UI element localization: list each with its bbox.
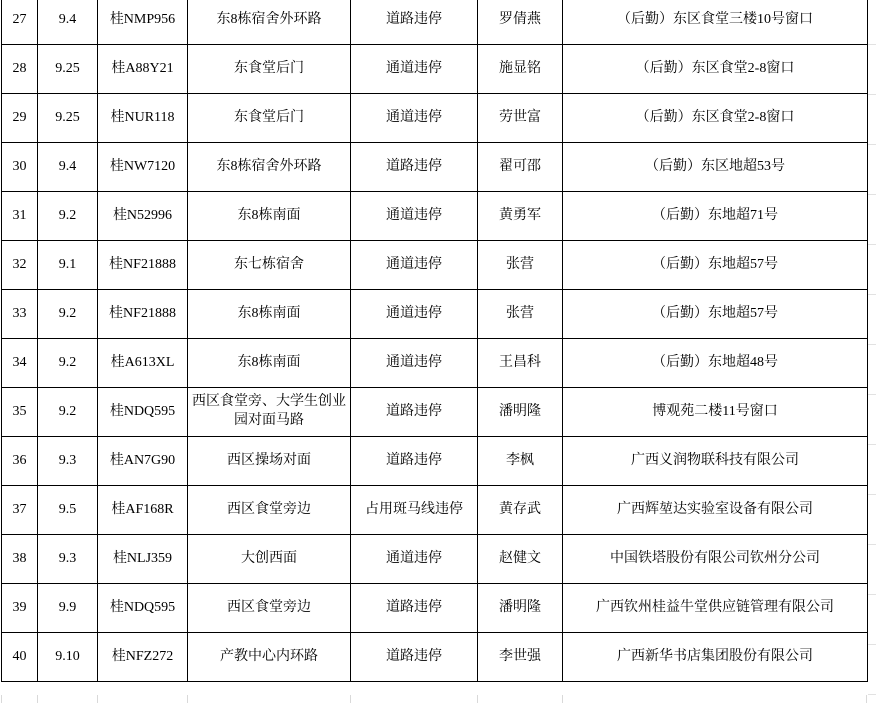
table-row: 34 9.2 桂A613XL 东8栋南面 通道违停 王昌科 （后勤）东地超48号	[2, 339, 868, 388]
cell-location: 东食堂后门	[188, 45, 351, 94]
cell-serial: 34	[2, 339, 38, 388]
table-row: 27 9.4 桂NMP956 东8栋宿舍外环路 道路违停 罗倩燕 （后勤）东区食…	[2, 0, 868, 45]
cell-violation: 通道违停	[351, 94, 478, 143]
cell-serial: 39	[2, 584, 38, 633]
cell-violation: 道路违停	[351, 388, 478, 437]
cell-serial: 31	[2, 192, 38, 241]
cell-location: 西区食堂旁边	[188, 486, 351, 535]
cell-plate: 桂NDQ595	[98, 584, 188, 633]
cell-name: 黄存武	[478, 486, 563, 535]
cell-serial: 30	[2, 143, 38, 192]
cell-date: 9.25	[38, 45, 98, 94]
cell-location: 东8栋南面	[188, 192, 351, 241]
cell-location: 东8栋南面	[188, 290, 351, 339]
cell-department: （后勤）东地超57号	[563, 241, 868, 290]
cell-location: 东8栋南面	[188, 339, 351, 388]
cell-plate: 桂A613XL	[98, 339, 188, 388]
cell-date: 9.3	[38, 437, 98, 486]
cell-location: 东食堂后门	[188, 94, 351, 143]
cell-department: 广西义润物联科技有限公司	[563, 437, 868, 486]
cell-date: 9.2	[38, 290, 98, 339]
gridline-stubs-right	[868, 44, 876, 696]
table-row: 30 9.4 桂NW7120 东8栋宿舍外环路 道路违停 翟可邵 （后勤）东区地…	[2, 143, 868, 192]
cell-name: 罗倩燕	[478, 0, 563, 45]
cell-plate: 桂NUR118	[98, 94, 188, 143]
cell-violation: 道路违停	[351, 0, 478, 45]
cell-plate: 桂AF168R	[98, 486, 188, 535]
cell-name: 翟可邵	[478, 143, 563, 192]
cell-location: 西区操场对面	[188, 437, 351, 486]
cell-department: 广西新华书店集团股份有限公司	[563, 633, 868, 682]
cell-plate: 桂NF21888	[98, 290, 188, 339]
cell-serial: 32	[2, 241, 38, 290]
cell-plate: 桂A88Y21	[98, 45, 188, 94]
cell-violation: 通道违停	[351, 535, 478, 584]
cell-violation: 通道违停	[351, 192, 478, 241]
cell-date: 9.3	[38, 535, 98, 584]
cell-violation: 通道违停	[351, 290, 478, 339]
cell-plate: 桂NF21888	[98, 241, 188, 290]
cell-serial: 40	[2, 633, 38, 682]
table-body: 27 9.4 桂NMP956 东8栋宿舍外环路 道路违停 罗倩燕 （后勤）东区食…	[2, 0, 868, 682]
cell-violation: 道路违停	[351, 633, 478, 682]
cell-name: 李枫	[478, 437, 563, 486]
cell-location: 东七栋宿舍	[188, 241, 351, 290]
cell-location: 西区食堂旁、大学生创业园对面马路	[188, 388, 351, 437]
cell-name: 施显铭	[478, 45, 563, 94]
cell-department: （后勤）东区食堂2-8窗口	[563, 45, 868, 94]
cell-serial: 33	[2, 290, 38, 339]
cell-date: 9.25	[38, 94, 98, 143]
cell-plate: 桂N52996	[98, 192, 188, 241]
table-row: 28 9.25 桂A88Y21 东食堂后门 通道违停 施显铭 （后勤）东区食堂2…	[2, 45, 868, 94]
cell-serial: 27	[2, 0, 38, 45]
cell-serial: 28	[2, 45, 38, 94]
cell-date: 9.4	[38, 143, 98, 192]
cell-department: 广西辉堃达实验室设备有限公司	[563, 486, 868, 535]
cell-location: 大创西面	[188, 535, 351, 584]
cell-plate: 桂NDQ595	[98, 388, 188, 437]
cell-violation: 通道违停	[351, 339, 478, 388]
cell-plate: 桂NLJ359	[98, 535, 188, 584]
cell-serial: 36	[2, 437, 38, 486]
table-wrap: 27 9.4 桂NMP956 东8栋宿舍外环路 道路违停 罗倩燕 （后勤）东区食…	[1, 0, 867, 682]
table-row: 38 9.3 桂NLJ359 大创西面 通道违停 赵健文 中国铁塔股份有限公司钦…	[2, 535, 868, 584]
violation-record-table-screen: 27 9.4 桂NMP956 东8栋宿舍外环路 道路违停 罗倩燕 （后勤）东区食…	[0, 0, 876, 703]
cell-violation: 通道违停	[351, 45, 478, 94]
table-row: 35 9.2 桂NDQ595 西区食堂旁、大学生创业园对面马路 道路违停 潘明隆…	[2, 388, 868, 437]
cell-name: 张营	[478, 241, 563, 290]
cell-name: 潘明隆	[478, 388, 563, 437]
cell-serial: 37	[2, 486, 38, 535]
cell-violation: 占用斑马线违停	[351, 486, 478, 535]
table-row: 36 9.3 桂AN7G90 西区操场对面 道路违停 李枫 广西义润物联科技有限…	[2, 437, 868, 486]
cell-plate: 桂NMP956	[98, 0, 188, 45]
cell-department: 广西钦州桂益牛堂供应链管理有限公司	[563, 584, 868, 633]
cell-name: 黄勇军	[478, 192, 563, 241]
cell-date: 9.10	[38, 633, 98, 682]
cell-violation: 道路违停	[351, 584, 478, 633]
table-row: 37 9.5 桂AF168R 西区食堂旁边 占用斑马线违停 黄存武 广西辉堃达实…	[2, 486, 868, 535]
table-row: 33 9.2 桂NF21888 东8栋南面 通道违停 张营 （后勤）东地超57号	[2, 290, 868, 339]
cell-serial: 35	[2, 388, 38, 437]
cell-name: 张营	[478, 290, 563, 339]
cell-location: 产教中心内环路	[188, 633, 351, 682]
cell-violation: 道路违停	[351, 437, 478, 486]
cell-date: 9.2	[38, 388, 98, 437]
cell-date: 9.5	[38, 486, 98, 535]
cell-department: 中国铁塔股份有限公司钦州分公司	[563, 535, 868, 584]
cell-serial: 38	[2, 535, 38, 584]
cell-plate: 桂AN7G90	[98, 437, 188, 486]
cell-department: 博观苑二楼11号窗口	[563, 388, 868, 437]
cell-department: （后勤）东区地超53号	[563, 143, 868, 192]
gridline-stubs-bottom	[0, 695, 868, 703]
cell-violation: 道路违停	[351, 143, 478, 192]
cell-name: 劳世富	[478, 94, 563, 143]
table-row: 40 9.10 桂NFZ272 产教中心内环路 道路违停 李世强 广西新华书店集…	[2, 633, 868, 682]
cell-department: （后勤）东地超71号	[563, 192, 868, 241]
cell-department: （后勤）东区食堂三楼10号窗口	[563, 0, 868, 45]
cell-name: 潘明隆	[478, 584, 563, 633]
cell-serial: 29	[2, 94, 38, 143]
cell-name: 李世强	[478, 633, 563, 682]
cell-date: 9.2	[38, 192, 98, 241]
cell-location: 东8栋宿舍外环路	[188, 0, 351, 45]
cell-department: （后勤）东地超48号	[563, 339, 868, 388]
cell-violation: 通道违停	[351, 241, 478, 290]
cell-date: 9.1	[38, 241, 98, 290]
cell-date: 9.4	[38, 0, 98, 45]
violation-table: 27 9.4 桂NMP956 东8栋宿舍外环路 道路违停 罗倩燕 （后勤）东区食…	[1, 0, 868, 682]
cell-name: 赵健文	[478, 535, 563, 584]
cell-date: 9.9	[38, 584, 98, 633]
table-row: 39 9.9 桂NDQ595 西区食堂旁边 道路违停 潘明隆 广西钦州桂益牛堂供…	[2, 584, 868, 633]
cell-department: （后勤）东地超57号	[563, 290, 868, 339]
table-row: 29 9.25 桂NUR118 东食堂后门 通道违停 劳世富 （后勤）东区食堂2…	[2, 94, 868, 143]
cell-name: 王昌科	[478, 339, 563, 388]
cell-plate: 桂NW7120	[98, 143, 188, 192]
cell-plate: 桂NFZ272	[98, 633, 188, 682]
cell-date: 9.2	[38, 339, 98, 388]
table-row: 32 9.1 桂NF21888 东七栋宿舍 通道违停 张营 （后勤）东地超57号	[2, 241, 868, 290]
cell-department: （后勤）东区食堂2-8窗口	[563, 94, 868, 143]
table-row: 31 9.2 桂N52996 东8栋南面 通道违停 黄勇军 （后勤）东地超71号	[2, 192, 868, 241]
cell-location: 西区食堂旁边	[188, 584, 351, 633]
cell-location: 东8栋宿舍外环路	[188, 143, 351, 192]
